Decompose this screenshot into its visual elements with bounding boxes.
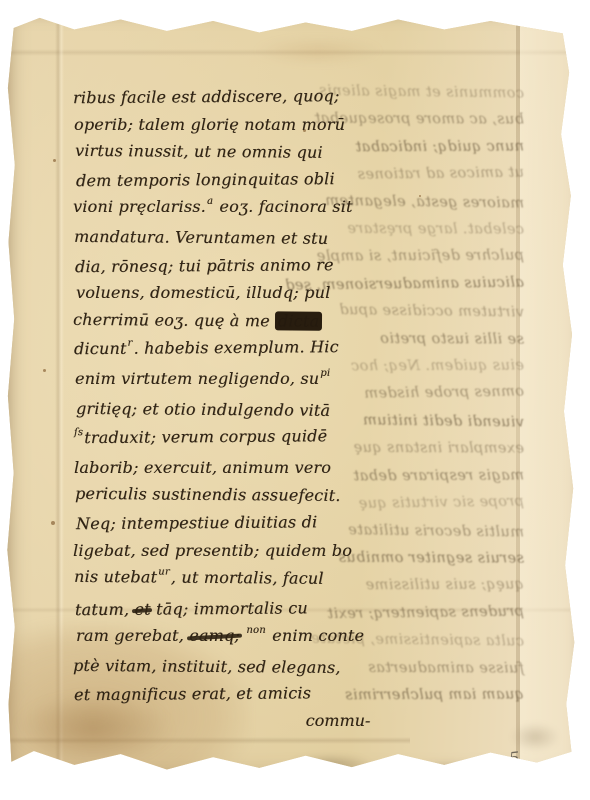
horizontal-crease-bottom	[5, 737, 410, 744]
manuscript-line: periculis sustinendis assuefecit.	[75, 480, 373, 510]
manuscript-line: laborib; exercuit, animum vero	[74, 454, 373, 482]
manuscript-line: dem temporis longinquitas obli	[76, 165, 373, 195]
manuscript-line: ribus facile est addiscere, quoq;	[73, 82, 373, 112]
vertical-crease-left	[55, 11, 64, 781]
manuscript-line: vioni pręclariss.a eoʒ. facinora sit	[73, 193, 373, 224]
manuscript-line: ptè vitam, instituit, sed elegans,	[73, 652, 373, 682]
foxing-speck	[53, 159, 56, 162]
manuscript-line: nis utebatur, ut mortalis, facul	[74, 563, 373, 596]
manuscript-line: mandatura. Veruntamen et stu	[74, 223, 373, 253]
manuscript-line: Neq; intempestiue diuitias di	[76, 508, 373, 538]
manuscript-line: ram gerebat, eamq; non enim conte	[76, 622, 373, 653]
vertical-fold-right	[516, 11, 520, 781]
manuscript-line: gritięq; et otio indulgendo vitā	[76, 394, 373, 424]
folio-number-pencil: 5	[508, 748, 522, 769]
smudge-near-folio-number	[511, 723, 559, 751]
ink-smudge-bottom-center	[288, 754, 372, 776]
right-margin-band	[520, 11, 580, 781]
manuscript-line: tatum, et tāq; immortalis cu	[75, 594, 373, 624]
manuscript-line: virtus inussit, ut ne omnis qui	[75, 137, 373, 167]
manuscript-line: voluens, domesticū, illudq; pul	[76, 279, 373, 307]
faint-stain-top	[253, 37, 383, 65]
foxing-speck	[419, 195, 421, 197]
catchword: commu-	[273, 711, 403, 730]
manuscript-line: enim virtutem negligendo, supi	[75, 365, 373, 396]
manuscript-line: ligebat, sed presentib; quidem bo	[73, 537, 373, 565]
manuscript-line: ſstraduxit; verum corpus quidē	[73, 422, 373, 455]
manuscript-text: ribus facile est addiscere, quoq;operib;…	[73, 83, 373, 708]
manuscript-line: et magnificus erat, et amicis	[74, 679, 373, 709]
manuscript-line: operib; talem glorię notam morū	[74, 111, 373, 139]
ink-smudge-bottom-right	[403, 761, 495, 781]
foxing-speck	[43, 369, 46, 372]
foxing-speck	[51, 521, 55, 525]
manuscript-page: communis et magis alienisbus, ac amore p…	[5, 11, 583, 781]
photograph-background: communis et magis alienisbus, ac amore p…	[0, 0, 590, 800]
horizontal-crease-top	[5, 49, 583, 56]
manuscript-line: cherrimū eoʒ. quę à me dicta	[73, 306, 373, 336]
manuscript-line: dia, rōnesq; tui pātris animo re	[75, 250, 373, 280]
